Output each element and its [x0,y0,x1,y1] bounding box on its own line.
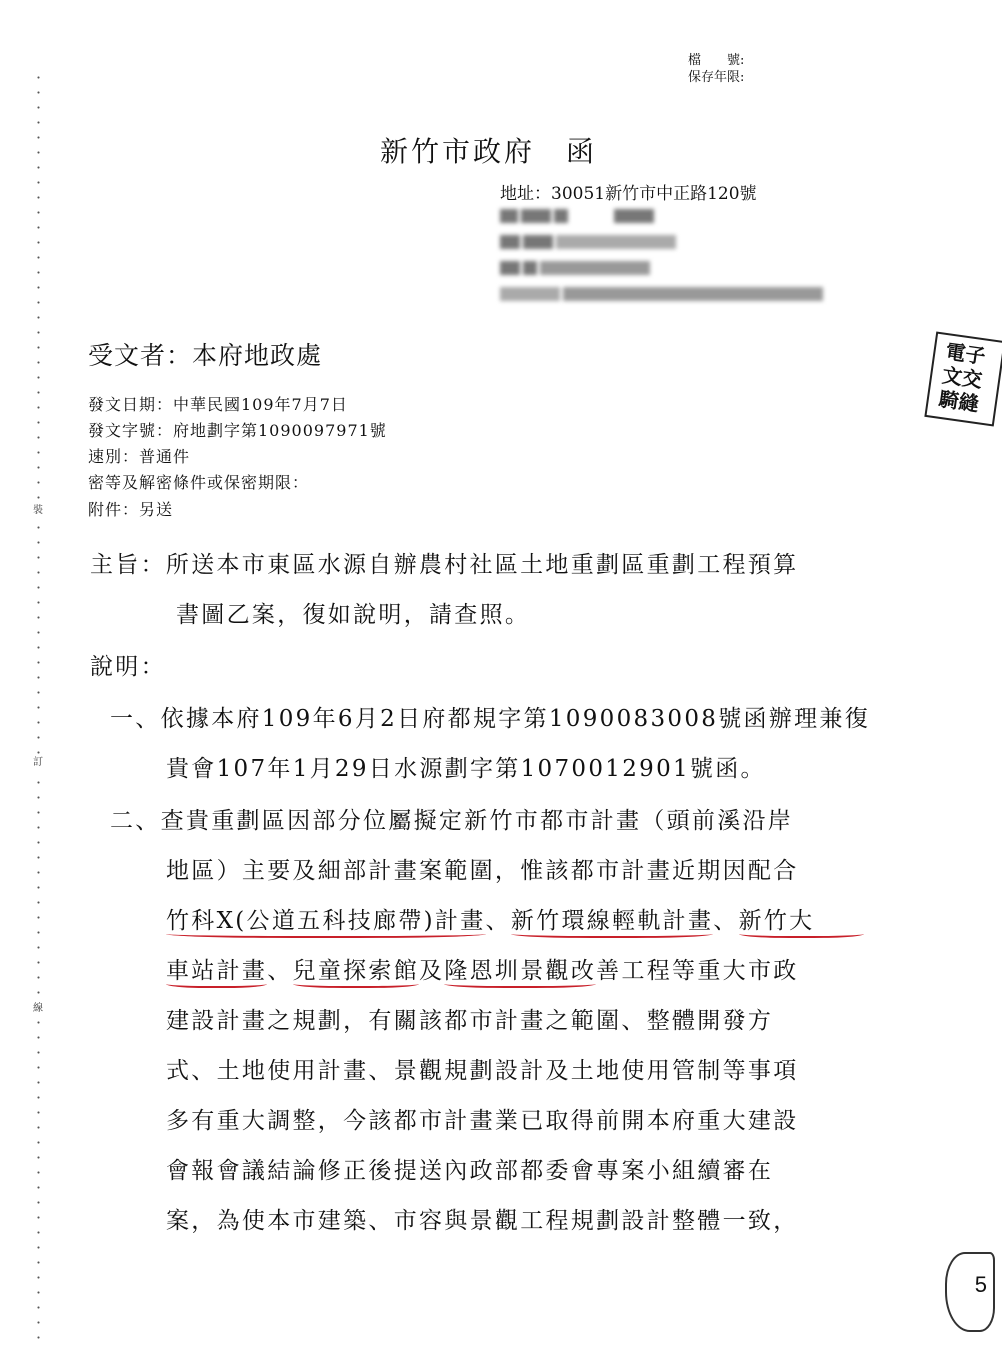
sender-address: 地址：30051新竹市中正路120號 [500,179,757,204]
item2-line-1: 二、查貴重劃區因部分位屬擬定新竹市都市計畫（頭前溪沿岸 [110,802,793,835]
underlined-project-light-rail: 新竹環線輕軌計畫 [511,908,713,938]
underlined-project-station-part2: 車站計畫 [166,958,267,988]
item2-line-3: 竹科X(公道五科技廊帶)計畫、新竹環線輕軌計畫、新竹大 [166,902,864,935]
redacted-fax [500,260,653,276]
item2-line-2: 地區）主要及細部計畫案範圍，惟該都市計畫近期因配合 [166,852,799,885]
line-text: 善工程等重大市政 [596,958,798,984]
item1-line-2: 貴會107年1月29日水源劃字第1070012901號函。 [166,750,766,783]
document-title: 新竹市政府 函 [380,130,597,170]
binding-margin-dots [37,70,40,1350]
item2-line-9: 案，為使本市建築、市容與景觀工程規劃設計整體一致， [166,1202,799,1235]
explanation-heading: 說明： [90,648,166,681]
redacted-email [500,286,826,302]
subject-line-1: 主旨：所送本市東區水源自辦農村社區土地重劃區重劃工程預算 [90,546,798,579]
subject-line-2: 書圖乙案，復如說明，請查照。 [176,596,530,629]
retention-label: 保存年限: [688,69,744,86]
underlined-project-children-museum: 兒童探索館 [293,958,420,988]
redacted-contact [500,208,657,224]
item2-line-7: 多有重大調整，今該都市計畫業已取得前開本府重大建設 [166,1102,799,1135]
binding-mark-zhuang: 裝 [33,505,43,517]
recipient: 受文者：本府地政處 [88,336,322,372]
binding-mark-xian: 線 [33,1003,43,1015]
secrecy-level: 密等及解密條件或保密期限： [88,470,309,493]
underlined-project-longen-canal: 隆恩圳景觀改 [444,958,596,988]
separator: 、 [713,908,738,934]
item2-line-6: 式、土地使用計畫、景觀規劃設計及土地使用管制等事項 [166,1052,799,1085]
page-number-seal: 5 [945,1252,995,1332]
item1-line-1: 一、依據本府109年6月2日府都規字第1090083008號函辦理兼復 [110,700,870,733]
separator: 及 [419,958,444,984]
item2-line-8: 會報會議結論修正後提送內政部都委會專案小組續審在 [166,1152,773,1185]
item2-line-4: 車站計畫、兒童探索館及隆恩圳景觀改善工程等重大市政 [166,952,799,985]
issue-date: 發文日期：中華民國109年7月7日 [88,392,348,415]
file-number-label: 檔 號: [688,52,744,69]
binding-mark-ding: 訂 [33,757,43,769]
underlined-project-hsinchu-science-x: 竹科X(公道五科技廊帶)計畫 [166,908,486,938]
item2-line-5: 建設計畫之規劃，有關該都市計畫之範圍、整體開發方 [166,1002,773,1035]
delivery-speed: 速別：普通件 [88,444,190,467]
archive-info: 檔 號: 保存年限: [688,52,744,86]
separator: 、 [267,958,292,984]
attachment: 附件：另送 [88,497,173,520]
redacted-phone [500,234,679,250]
underlined-project-station-part1: 新竹大 [739,908,865,938]
electronic-seal-stamp: 電子文交騎縫 [924,332,1002,427]
separator: 、 [486,908,511,934]
document-number: 發文字號：府地劃字第1090097971號 [88,418,387,441]
